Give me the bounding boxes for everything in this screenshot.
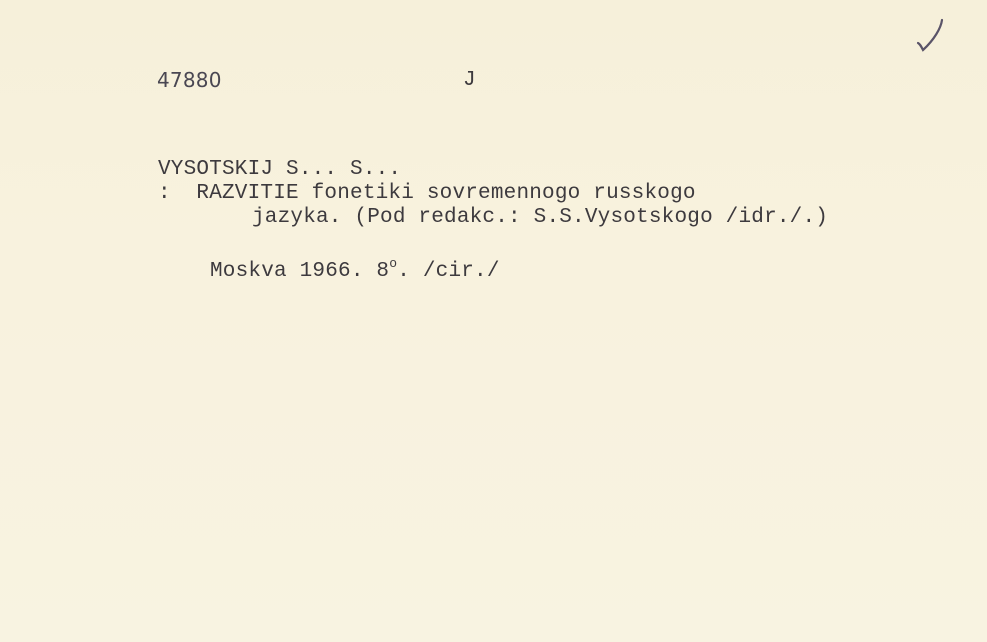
imprint: Moskva 1966. 8o. /cir./ xyxy=(210,257,500,282)
title-line-1: : RAZVITIE fonetiki sovremennogo russkog… xyxy=(158,183,696,204)
title-line-2: jazyka. (Pod redakc.: S.S.Vysotskogo /id… xyxy=(252,207,828,228)
accession-number: 47880 xyxy=(157,70,222,90)
classmark: J xyxy=(463,70,476,91)
check-mark-icon xyxy=(912,16,952,54)
catalog-card: 47880 J VYSOTSKIJ S... S... : RAZVITIE f… xyxy=(0,0,987,642)
author-heading: VYSOTSKIJ S... S... xyxy=(158,159,401,180)
imprint-place-year: Moskva 1966. 8 xyxy=(210,260,389,283)
imprint-rest: . /cir./ xyxy=(397,260,499,283)
